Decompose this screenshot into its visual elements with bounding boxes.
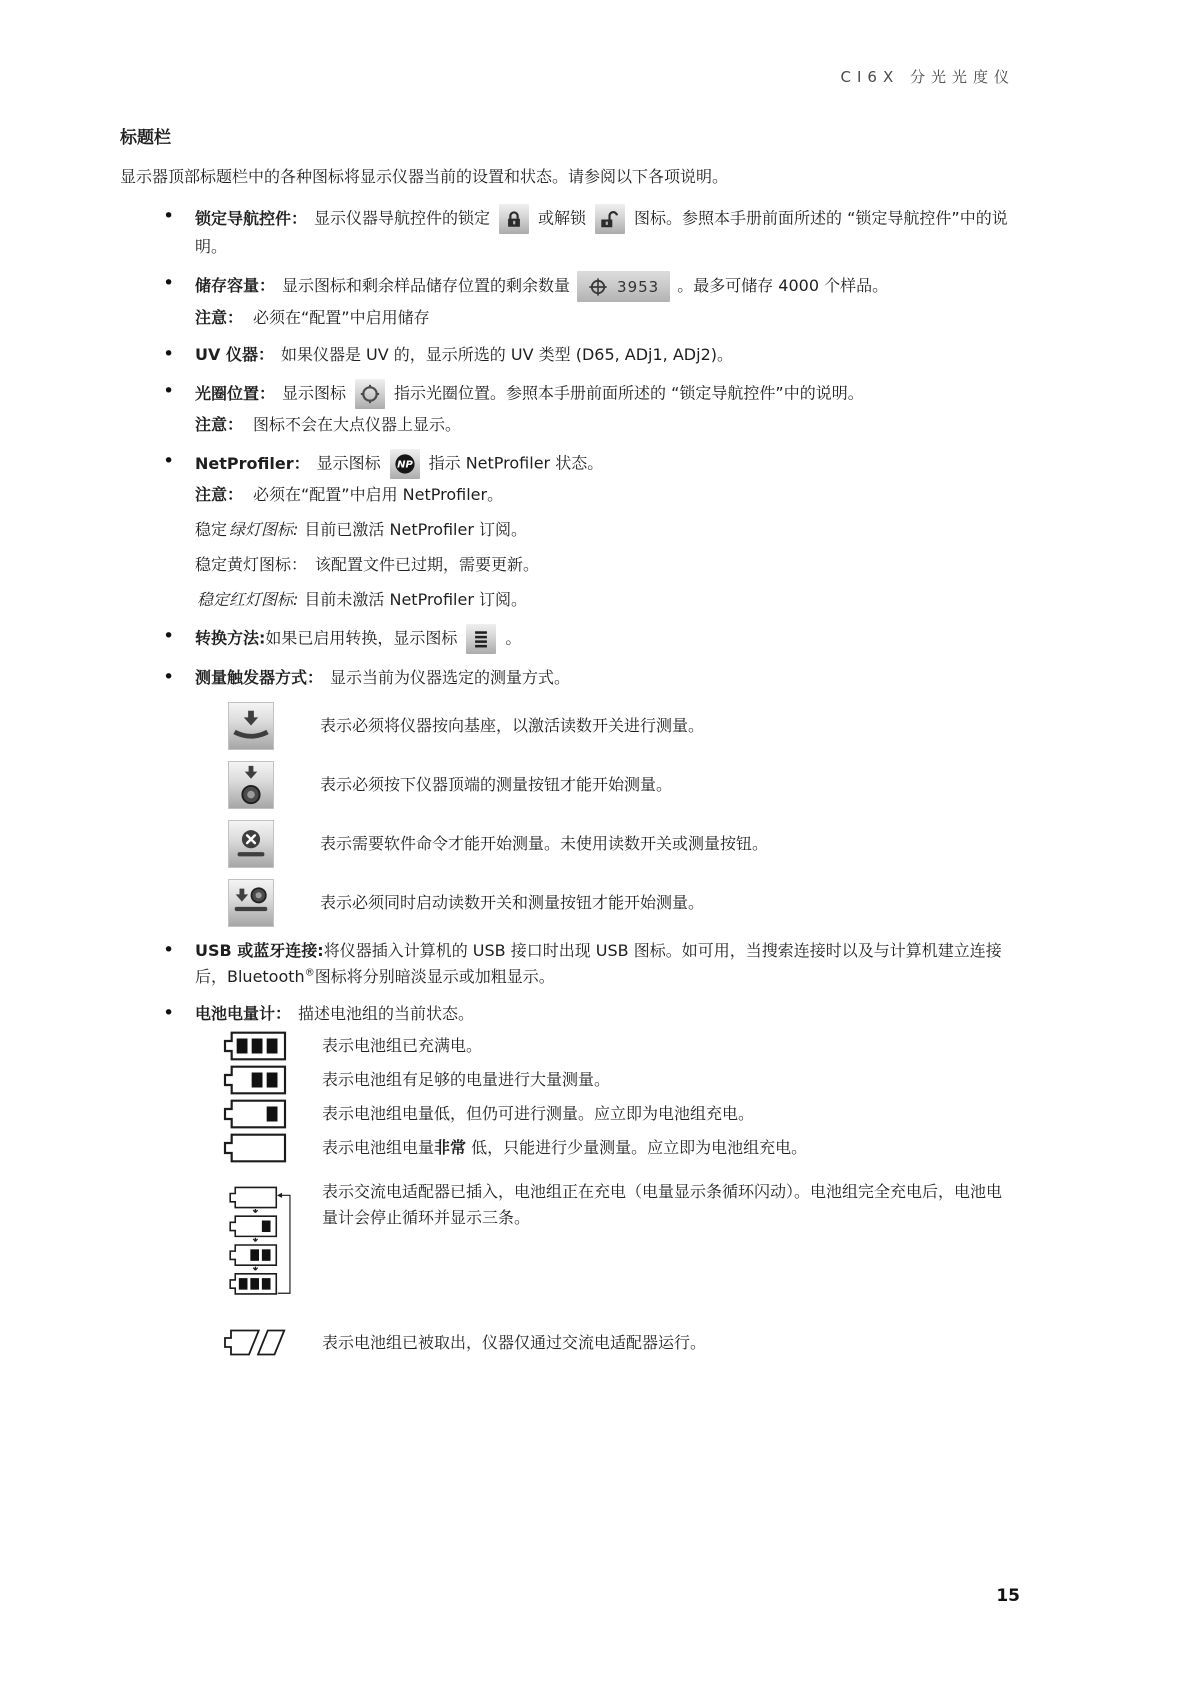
storage-label: 储存容量：	[195, 276, 275, 295]
trigger-switch-and-button-text: 表示必须同时启动读数开关和测量按钮才能开始测量。	[320, 890, 704, 916]
battery-charging-cycle-icon	[223, 1177, 295, 1313]
netprofiler-icon: NP	[390, 449, 420, 479]
usb-label: USB 或蓝牙连接:	[195, 941, 324, 960]
lock-text-mid: 或解锁	[538, 209, 586, 228]
trigger-top-button-text: 表示必须按下仪器顶端的测量按钮才能开始测量。	[320, 772, 672, 798]
battery-removed-text: 表示电池组已被取出，仪器仅通过交流电适配器运行。	[322, 1330, 706, 1356]
bullet-netprofiler: NetProfiler：显示图标NP指示 NetProfiler 状态。 注意：…	[120, 449, 1015, 613]
registered-mark: ®	[305, 968, 315, 979]
battery-row-low: 表示电池组电量低，但仍可进行测量。应立即为电池组充电。	[223, 1099, 1015, 1129]
red-status-term: 稳定红灯图标:	[197, 590, 298, 609]
netprofiler-note-text: 必须在“配置”中启用 NetProfiler。	[253, 485, 503, 504]
uv-text: 如果仪器是 UV 的，显示所选的 UV 类型 (D65, ADj1, ADj2)…	[281, 345, 733, 364]
section-title: 标题栏	[120, 126, 1015, 150]
battery-text: 描述电池组的当前状态。	[298, 1004, 474, 1023]
trigger-label: 测量触发器方式：	[195, 668, 323, 687]
lock-text-before: 显示仪器导航控件的锁定	[314, 209, 490, 228]
battery-medium-icon	[223, 1065, 295, 1095]
netprofiler-status-red: 稳定红灯图标:目前未激活 NetProfiler 订阅。	[195, 587, 1015, 613]
battery-row-removed: 表示电池组已被取出，仪器仅通过交流电适配器运行。	[223, 1329, 1015, 1356]
storage-count-badge: 3953	[577, 271, 670, 302]
bullet-usb-bluetooth: USB 或蓝牙连接:将仪器插入计算机的 USB 接口时出现 USB 图标。如可用…	[120, 938, 1015, 990]
intro-paragraph: 显示器顶部标题栏中的各种图标将显示仪器当前的设置和状态。请参阅以下各项说明。	[120, 164, 1015, 190]
page-number: 15	[996, 1583, 1020, 1609]
battery-charging-text: 表示交流电适配器已插入，电池组正在充电（电量显示条循环闪动）。电池组完全充电后，…	[322, 1179, 1015, 1231]
top-button-icon	[228, 761, 274, 809]
battery-medium-text: 表示电池组有足够的电量进行大量测量。	[322, 1067, 610, 1093]
usb-text-after: 图标将分别暗淡显示或加粗显示。	[315, 967, 555, 986]
conversion-text-before: 如果已启用转换，显示图标	[265, 629, 457, 648]
red-status-text: 目前未激活 NetProfiler 订阅。	[304, 590, 527, 609]
storage-note-text: 必须在“配置”中启用储存	[253, 308, 430, 327]
battery-row-medium: 表示电池组有足够的电量进行大量测量。	[223, 1065, 1015, 1095]
trigger-row-dock-switch: 表示必须将仪器按向基座，以激活读数开关进行测量。	[228, 702, 1015, 750]
battery-full-text: 表示电池组已充满电。	[322, 1033, 482, 1059]
aperture-target-icon	[355, 379, 385, 409]
battery-row-empty: 表示电池组电量非常 低，只能进行少量测量。应立即为电池组充电。	[223, 1133, 1015, 1163]
trigger-row-switch-and-button: 表示必须同时启动读数开关和测量按钮才能开始测量。	[228, 879, 1015, 927]
storage-text-before: 显示图标和剩余样品储存位置的剩余数量	[282, 276, 570, 295]
conversion-text-after: 。	[505, 629, 521, 648]
aperture-note-label: 注意：	[195, 415, 243, 434]
storage-remaining-count: 3953	[617, 274, 659, 300]
battery-low-icon	[223, 1099, 295, 1129]
bullet-storage-capacity: 储存容量：显示图标和剩余样品储存位置的剩余数量3953。最多可储存 4000 个…	[120, 271, 1015, 331]
yellow-status-lead: 稳定黄灯图标：	[195, 555, 307, 574]
conversion-list-icon	[466, 624, 496, 654]
manual-page: CI6X 分光光度仪 标题栏 显示器顶部标题栏中的各种图标将显示仪器当前的设置和…	[0, 0, 1200, 1697]
bullet-conversion-method: 转换方法:如果已启用转换，显示图标。	[120, 624, 1015, 654]
unlock-icon	[595, 204, 625, 234]
storage-note-label: 注意：	[195, 308, 243, 327]
lock-icon	[499, 204, 529, 234]
software-command-icon	[228, 820, 274, 868]
battery-full-icon	[223, 1031, 295, 1061]
green-status-term: 绿灯图标:	[229, 520, 298, 539]
battery-empty-icon	[223, 1133, 295, 1163]
svg-text:NP: NP	[397, 460, 413, 471]
trigger-dock-switch-text: 表示必须将仪器按向基座，以激活读数开关进行测量。	[320, 713, 704, 739]
storage-text-after: 。最多可储存 4000 个样品。	[677, 276, 888, 295]
aperture-text-after: 指示光圈位置。参照本手册前面所述的 “锁定导航控件”中的说明。	[394, 384, 864, 403]
storage-note: 注意：必须在“配置”中启用储存	[195, 305, 1015, 331]
lock-navigation-label: 锁定导航控件：	[195, 209, 307, 228]
battery-empty-bold-word: 非常	[434, 1138, 466, 1157]
battery-row-charging: 表示交流电适配器已插入，电池组正在充电（电量显示条循环闪动）。电池组完全充电后，…	[223, 1177, 1015, 1313]
netprofiler-status-yellow: 稳定黄灯图标：该配置文件已过期，需要更新。	[195, 552, 1015, 578]
netprofiler-note: 注意：必须在“配置”中启用 NetProfiler。	[195, 482, 1015, 508]
battery-empty-text-post: 低，只能进行少量测量。应立即为电池组充电。	[466, 1138, 807, 1157]
battery-low-text: 表示电池组电量低，但仍可进行测量。应立即为电池组充电。	[322, 1101, 754, 1127]
aperture-text-before: 显示图标	[282, 384, 346, 403]
uv-label: UV 仪器：	[195, 345, 274, 364]
trigger-text: 显示当前为仪器选定的测量方式。	[330, 668, 570, 687]
conversion-label: 转换方法:	[195, 629, 265, 648]
netprofiler-label: NetProfiler：	[195, 454, 310, 473]
netprofiler-text-after: 指示 NetProfiler 状态。	[429, 454, 604, 473]
trigger-software-command-text: 表示需要软件命令才能开始测量。未使用读数开关或测量按钮。	[320, 831, 768, 857]
document-header: CI6X 分光光度仪	[841, 64, 1016, 90]
bullet-aperture-position: 光圈位置：显示图标指示光圈位置。参照本手册前面所述的 “锁定导航控件”中的说明。…	[120, 379, 1015, 438]
battery-empty-text: 表示电池组电量非常 低，只能进行少量测量。应立即为电池组充电。	[322, 1135, 807, 1161]
green-status-lead: 稳定	[195, 520, 227, 539]
yellow-status-text: 该配置文件已过期，需要更新。	[315, 555, 539, 574]
aperture-label: 光圈位置：	[195, 384, 275, 403]
battery-removed-icon	[223, 1329, 295, 1356]
netprofiler-note-label: 注意：	[195, 485, 243, 504]
bullet-uv-instrument: UV 仪器：如果仪器是 UV 的，显示所选的 UV 类型 (D65, ADj1,…	[120, 342, 1015, 368]
netprofiler-status-green: 稳定绿灯图标:目前已激活 NetProfiler 订阅。	[195, 517, 1015, 543]
dock-switch-icon	[228, 702, 274, 750]
aperture-note: 注意：图标不会在大点仪器上显示。	[195, 412, 1015, 438]
battery-label: 电池电量计：	[195, 1004, 291, 1023]
battery-row-full: 表示电池组已充满电。	[223, 1031, 1015, 1061]
netprofiler-text-before: 显示图标	[317, 454, 381, 473]
switch-and-button-icon	[228, 879, 274, 927]
aperture-note-text: 图标不会在大点仪器上显示。	[253, 415, 461, 434]
crosshair-icon	[588, 277, 608, 297]
bullet-measurement-trigger: 测量触发器方式：显示当前为仪器选定的测量方式。 表示必须将仪器按向基座，以激活读…	[120, 665, 1015, 927]
battery-empty-text-pre: 表示电池组电量	[322, 1138, 434, 1157]
green-status-text: 目前已激活 NetProfiler 订阅。	[304, 520, 527, 539]
trigger-row-software-command: 表示需要软件命令才能开始测量。未使用读数开关或测量按钮。	[228, 820, 1015, 868]
bullet-lock-navigation: 锁定导航控件：显示仪器导航控件的锁定或解锁图标。参照本手册前面所述的 “锁定导航…	[120, 204, 1015, 260]
bullet-battery-gauge: 电池电量计：描述电池组的当前状态。 表示电池组已充满电。 表示电池组有足够的电量…	[120, 1001, 1015, 1356]
trigger-row-top-button: 表示必须按下仪器顶端的测量按钮才能开始测量。	[228, 761, 1015, 809]
